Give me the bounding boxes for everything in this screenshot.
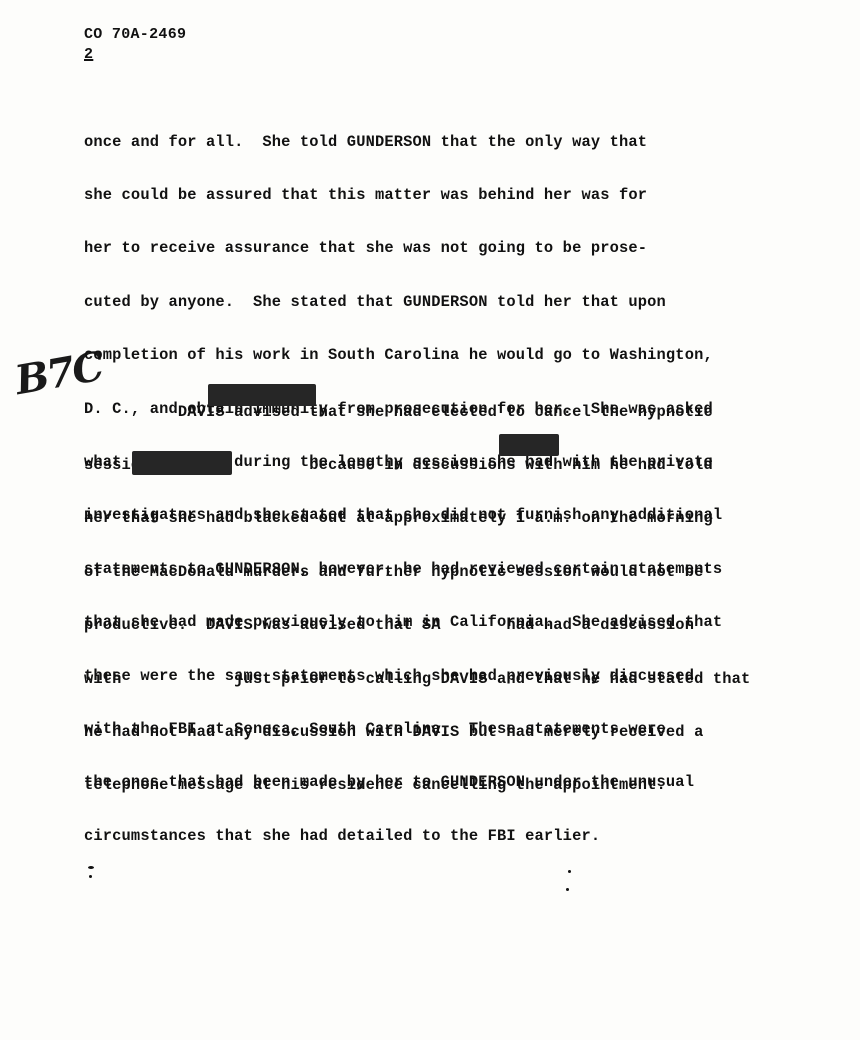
text-line: her that she had blacked out at approxim…: [84, 510, 750, 528]
text-line: he had not had any discussion with DAVIS…: [84, 724, 750, 742]
text-line: completion of his work in South Carolina…: [84, 347, 722, 365]
text-line: she could be assured that this matter wa…: [84, 187, 722, 205]
paragraph-2: DAVIS advised that she had elected to ca…: [84, 368, 750, 866]
scan-speck: [88, 866, 94, 869]
text-line: productive. DAVIS was advised that SA ha…: [84, 617, 750, 635]
redaction-block: [132, 451, 232, 475]
text-line: her to receive assurance that she was no…: [84, 240, 722, 258]
redaction-block: [208, 384, 316, 406]
redaction-block: [499, 434, 559, 456]
text-line: with just prior to calling DAVIS and tha…: [84, 671, 750, 689]
text-line: telephone message at his residence cance…: [84, 777, 750, 795]
document-header: CO 70A-2469 2: [84, 25, 186, 65]
text-line: once and for all. She told GUNDERSON tha…: [84, 134, 722, 152]
scan-speck: [89, 875, 92, 878]
text-line: DAVIS advised that she had elected to ca…: [84, 404, 750, 422]
text-line: cuted by anyone. She stated that GUNDERS…: [84, 294, 722, 312]
text-line: of the MacDonald murders and further hyp…: [84, 564, 750, 582]
scan-speck: [568, 870, 571, 873]
scan-speck: [566, 888, 569, 891]
page-number: 2: [84, 45, 186, 65]
file-number: CO 70A-2469: [84, 25, 186, 45]
